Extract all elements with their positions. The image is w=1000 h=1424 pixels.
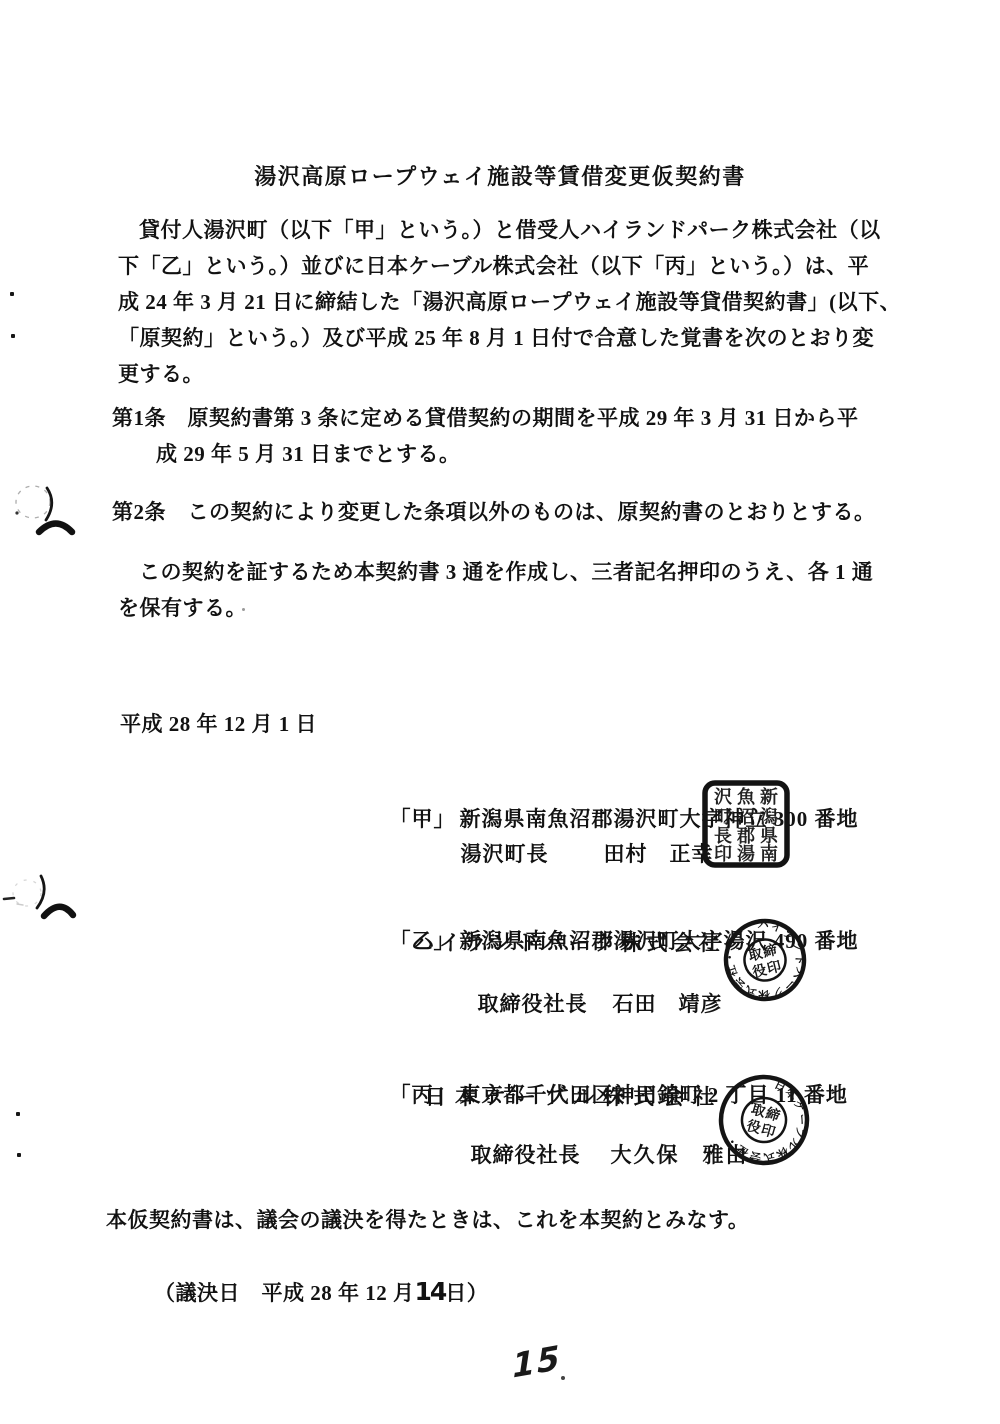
scan-speck	[11, 334, 15, 338]
party-role: 湯沢町長	[461, 842, 549, 866]
svg-text:新: 新	[760, 786, 778, 807]
article-1-line: 第1条 原契約書第 3 条に定める貸借契約の期間を平成 29 年 3 月 31 …	[112, 400, 892, 436]
svg-text:県: 県	[760, 826, 778, 846]
party-address: 新潟県南魚沼郡湯沢町大字神立 300 番地	[460, 807, 859, 831]
ink-dot	[561, 1376, 565, 1380]
scan-artifact-lower	[0, 862, 92, 932]
svg-text:長: 長	[714, 825, 732, 846]
svg-text:印: 印	[714, 844, 732, 864]
intro-line: 更する。	[118, 356, 888, 392]
article-2: 第2条 この契約により変更した条項以外のものは、原契約書のとおりとする。	[112, 494, 912, 530]
svg-text:潟: 潟	[760, 806, 778, 827]
article-1: 第1条 原契約書第 3 条に定める貸借契約の期間を平成 29 年 3 月 31 …	[112, 400, 892, 472]
svg-text:町: 町	[714, 807, 732, 827]
intro-line: 成 24 年 3 月 21 日に締結した「湯沢高原ロープウェイ施設等貸借契約書」…	[118, 284, 888, 320]
contract-date: 平成 28 年 12 月 1 日	[120, 706, 317, 742]
intro-paragraph: 貸付人湯沢町（以下「甲」という。）と借受人ハイランドパーク株式会社（以 下「乙」…	[118, 212, 888, 392]
intro-line: 貸付人湯沢町（以下「甲」という。）と借受人ハイランドパーク株式会社（以	[118, 212, 888, 248]
intro-line: 「原契約」という。）及び平成 25 年 8 月 1 日付で合意した覚書を次のとお…	[118, 320, 888, 356]
scan-speck	[17, 1153, 21, 1157]
resolution-day-stamp: 14	[415, 1277, 446, 1306]
square-seal-stamp-kou: 新 潟 県 南 魚 沼 郡 湯 沢 町 長 印	[700, 778, 792, 870]
article-1-line: 成 29 年 5 月 31 日までとする。	[112, 436, 892, 472]
scan-artifact-upper	[2, 472, 92, 542]
svg-text:郡: 郡	[737, 826, 755, 846]
svg-text:沼: 沼	[737, 807, 755, 827]
svg-text:魚: 魚	[737, 786, 756, 807]
scanned-contract-page: 湯沢高原ロープウェイ施設等賃借変更仮契約書 貸付人湯沢町（以下「甲」という。）と…	[0, 0, 1000, 1424]
party-role: 取締役社長	[478, 992, 588, 1016]
party-name: 田村 正幸	[604, 842, 714, 866]
svg-text:沢: 沢	[714, 787, 732, 807]
party-name: 石田 靖彦	[613, 992, 723, 1016]
scan-speck	[16, 1112, 20, 1116]
resolution-prefix: （議決日 平成 28 年 12 月	[154, 1281, 415, 1305]
handwritten-page-number: 15	[512, 1337, 563, 1385]
svg-text:湯: 湯	[737, 844, 755, 864]
document-title: 湯沢高原ロープウェイ施設等賃借変更仮契約書	[0, 160, 1000, 191]
intro-line: 下「乙」という。）並びに日本ケーブル株式会社（以下「丙」という。）は、平	[118, 248, 888, 284]
svg-text:南: 南	[760, 843, 778, 864]
scan-speck	[242, 608, 245, 611]
party-role: 取締役社長	[471, 1143, 581, 1167]
scan-speck	[10, 292, 14, 296]
provisional-note: 本仮契約書は、議会の議決を得たときは、これを本契約とみなす。	[106, 1202, 749, 1238]
closing-line: を保有する。	[118, 590, 888, 626]
party-label: 「甲」	[390, 807, 456, 831]
closing-paragraph: この契約を証するため本契約書 3 通を作成し、三者記名押印のうえ、各 1 通 を…	[118, 554, 888, 626]
resolution-date-line: （議決日 平成 28 年 12 月14日）	[131, 1238, 488, 1274]
closing-line: この契約を証するため本契約書 3 通を作成し、三者記名押印のうえ、各 1 通	[118, 554, 888, 590]
resolution-suffix: 日）	[445, 1281, 488, 1305]
